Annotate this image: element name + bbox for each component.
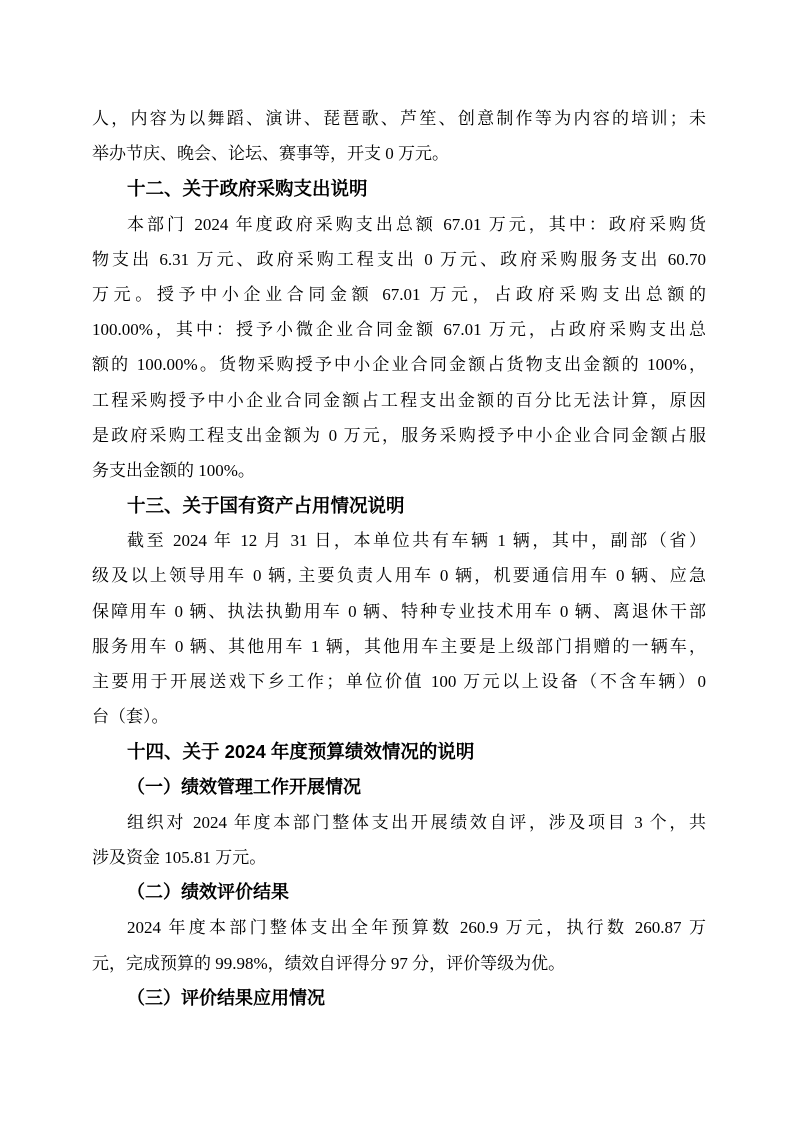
paragraph-procurement: 本部门 2024 年度政府采购支出总额 67.01 万元，其中：政府采购货 物支… <box>92 207 706 489</box>
text-line: 举办节庆、晚会、论坛、赛事等，开支 0 万元。 <box>92 136 706 171</box>
text-line: 人，内容为以舞蹈、演讲、琵琶歌、芦笙、创意制作等为内容的培训；未 <box>92 101 706 136</box>
text-line: 万元。授予中小企业合同金额 67.01 万元，占政府采购支出总额的 <box>92 277 706 312</box>
paragraph-evaluation-result: 2024 年度本部门整体支出全年预算数 260.9 万元，执行数 260.87 … <box>92 910 706 980</box>
subheading-3: （三）评价结果应用情况 <box>92 981 706 1016</box>
text-line: 组织对 2024 年度本部门整体支出开展绩效自评，涉及项目 3 个，共 <box>92 805 706 840</box>
section-heading-13: 十三、关于国有资产占用情况说明 <box>92 488 706 523</box>
text-line: 100.00%，其中：授予小微企业合同金额 67.01 万元，占政府采购支出总 <box>92 312 706 347</box>
subheading-2: （二）绩效评价结果 <box>92 875 706 910</box>
text-line: 是政府采购工程支出金额为 0 万元，服务采购授予中小企业合同金额占服 <box>92 418 706 453</box>
subheading-1: （一）绩效管理工作开展情况 <box>92 770 706 805</box>
text-line: 2024 年度本部门整体支出全年预算数 260.9 万元，执行数 260.87 … <box>92 910 706 945</box>
text-line: 务支出金额的 100%。 <box>92 453 706 488</box>
text-line: 工程采购授予中小企业合同金额占工程支出金额的百分比无法计算，原因 <box>92 383 706 418</box>
text-line: 台（套）。 <box>92 699 706 734</box>
text-line: 物支出 6.31 万元、政府采购工程支出 0 万元、政府采购服务支出 60.70 <box>92 242 706 277</box>
paragraph-continuation: 人，内容为以舞蹈、演讲、琵琶歌、芦笙、创意制作等为内容的培训；未 举办节庆、晚会… <box>92 101 706 171</box>
document-content: 人，内容为以舞蹈、演讲、琵琶歌、芦笙、创意制作等为内容的培训；未 举办节庆、晚会… <box>92 101 706 1016</box>
text-line: 涉及资金 105.81 万元。 <box>92 840 706 875</box>
text-line: 截至 2024 年 12 月 31 日，本单位共有车辆 1 辆，其中，副部（省） <box>92 523 706 558</box>
section-heading-14: 十四、关于 2024 年度预算绩效情况的说明 <box>92 734 706 769</box>
paragraph-assets: 截至 2024 年 12 月 31 日，本单位共有车辆 1 辆，其中，副部（省）… <box>92 523 706 734</box>
text-line: 额的 100.00%。货物采购授予中小企业合同金额占货物支出金额的 100%， <box>92 347 706 382</box>
paragraph-performance-management: 组织对 2024 年度本部门整体支出开展绩效自评，涉及项目 3 个，共 涉及资金… <box>92 805 706 875</box>
section-heading-12: 十二、关于政府采购支出说明 <box>92 171 706 206</box>
document-page: 人，内容为以舞蹈、演讲、琵琶歌、芦笙、创意制作等为内容的培训；未 举办节庆、晚会… <box>0 0 793 1122</box>
text-line: 元，完成预算的 99.98%，绩效自评得分 97 分，评价等级为优。 <box>92 946 706 981</box>
text-line: 主要用于开展送戏下乡工作；单位价值 100 万元以上设备（不含车辆）0 <box>92 664 706 699</box>
text-line: 服务用车 0 辆、其他用车 1 辆，其他用车主要是上级部门捐赠的一辆车， <box>92 629 706 664</box>
text-line: 本部门 2024 年度政府采购支出总额 67.01 万元，其中：政府采购货 <box>92 207 706 242</box>
text-line: 级及以上领导用车 0 辆, 主要负责人用车 0 辆，机要通信用车 0 辆、应急 <box>92 558 706 593</box>
text-line: 保障用车 0 辆、执法执勤用车 0 辆、特种专业技术用车 0 辆、离退休干部 <box>92 594 706 629</box>
